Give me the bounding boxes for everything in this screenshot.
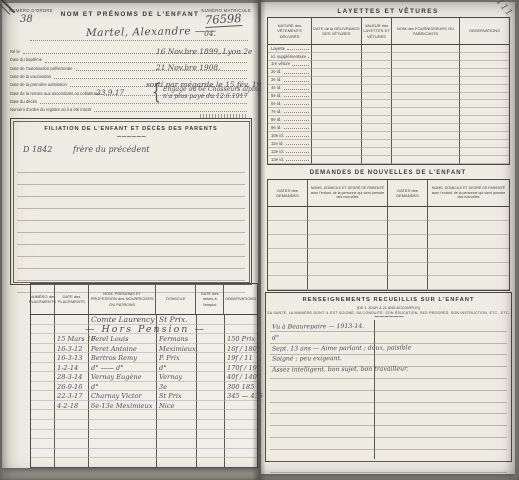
cell-text: 40f / 140 (227, 374, 257, 381)
dotted-leader (286, 159, 309, 161)
layette-row: 4e id. (268, 85, 509, 93)
layette-row: 11e id. (268, 140, 509, 148)
cell-observations (460, 69, 509, 77)
cell-date-emploi (197, 430, 225, 440)
cell-nature: 8e id. (268, 116, 312, 124)
layettes-table: NATURE des VÊTEMENTS DÉLIVRÉS DATE de la… (267, 17, 510, 165)
layettes-body: Layette Id. supplémentaire (268, 45, 509, 164)
cell-date: 16-3-12 (55, 344, 89, 354)
cell-observations (460, 124, 509, 132)
cell-domicile (157, 458, 197, 468)
layettes-header-row: NATURE des VÊTEMENTS DÉLIVRÉS DATE de la… (268, 18, 509, 45)
dotted-leader (284, 72, 309, 74)
cell-text: 16f / 180f (227, 346, 259, 353)
note-line: d° (272, 332, 422, 344)
cell-valeur (362, 69, 392, 77)
placement-row: 28-3-14 Vernay Eugène Vernay 40f / 140 (31, 372, 257, 382)
left-page: NUMÉRO D'ORDRE 38 NOM ET PRÉNOMS DE L'EN… (2, 3, 258, 468)
cell-nature: 7e id. (268, 108, 312, 116)
layette-row: Layette (268, 45, 509, 53)
demandes-body (268, 207, 509, 290)
row-label: 10e id. (268, 134, 284, 139)
cell-nom (392, 77, 460, 85)
cell-date (312, 124, 362, 132)
placement-row: 26-9-16 d° 3e 300 185 (31, 382, 257, 392)
cell-observations (460, 148, 509, 156)
dotted-leader (284, 127, 309, 129)
field-value-handwritten: 16 Nov.bre 1899, Lyon 2e (156, 48, 252, 55)
cell-date (312, 53, 362, 61)
row-label: 5e id. (268, 94, 282, 99)
cell-observations (460, 108, 509, 116)
note-line: Assez intelligent, bon sujet, bon travai… (272, 365, 422, 377)
cell-domicile: d° (157, 363, 197, 373)
layette-row: 2e id. (268, 69, 509, 77)
cell-text: Charnay Victor (91, 393, 142, 400)
cell-nom: Bertros Remy (89, 353, 157, 363)
cell-observations (460, 85, 509, 93)
cell-text: 300 185 (227, 384, 254, 391)
layette-row: 10e id. (268, 132, 509, 140)
cell-valeur (362, 108, 392, 116)
cell-text: Vernay Eugène (91, 374, 142, 381)
cell-text: St Prix. (159, 316, 188, 324)
layette-row: 8e id. (268, 116, 509, 124)
cell-observations (460, 156, 509, 164)
cell-date-emploi (197, 344, 225, 354)
cell-date-emploi (197, 372, 225, 382)
cell-numero (31, 420, 55, 430)
placement-row (31, 430, 257, 440)
cell-valeur (362, 124, 392, 132)
cell-observations: 16f / 180f (225, 344, 257, 354)
cell-nom (392, 45, 460, 53)
cell-domicile: P. Prix (157, 353, 197, 363)
cell-date: 22-3-17 (55, 391, 89, 401)
cell-nature: 3e id. (268, 77, 312, 85)
cell-numero (31, 410, 55, 420)
row-label: 4e id. (268, 86, 282, 91)
cell-nom (392, 132, 460, 140)
layette-row: 9e id. (268, 124, 509, 132)
col-header-dates-1: DATES des DEMANDES (268, 180, 308, 206)
cell-nature: 5e id. (268, 93, 312, 101)
placements-header-row: NUMÉRO des PLACEMENTS DATE des PLACEMENT… (31, 284, 257, 315)
microprint-smudge (200, 114, 246, 118)
placement-row: 4-2-18 6e-13e Meximieux Nice (31, 401, 257, 411)
cell-nom (89, 430, 157, 440)
dotted-leader (286, 151, 309, 153)
cell-observations (460, 61, 509, 69)
field-row: Date de la vaccination (10, 72, 250, 80)
placement-row: 15 Mars 10 Ferel Louis Fermans 150 Prix (31, 334, 257, 344)
layette-row: 13e id. (268, 156, 509, 164)
cell-observations (460, 140, 509, 148)
cell-numero (31, 325, 55, 335)
cell-date (55, 420, 89, 430)
cell-date-emploi (197, 353, 225, 363)
row-label: 9e id. (268, 126, 282, 131)
cell-domicile: St Prix (157, 391, 197, 401)
cell-text: 28-3-14 (57, 374, 82, 381)
cell-nom: d° —— d° (89, 363, 157, 373)
cell-date: 28-3-14 (55, 372, 89, 382)
dotted-leader (40, 102, 247, 104)
cell-observations: 150 Prix (225, 334, 257, 344)
cell-numero (31, 344, 55, 354)
cell-valeur (362, 148, 392, 156)
cell-nature: 1re vêture (268, 61, 312, 69)
placement-row: 16-3-12 Peret Antoine Meximieux 16f / 18… (31, 344, 257, 354)
cell-text: 6e-13e Meximieux (91, 403, 152, 410)
col-header-dates-2: DATES des DEMANDES (388, 180, 428, 206)
cell-date: 15 Mars 10 (55, 334, 89, 344)
cell-nature: 13e id. (268, 156, 312, 164)
cell-observations (460, 45, 509, 53)
cell-text: — Hors Pension — (85, 325, 206, 335)
field-value-handwritten: 23.9.17 (96, 89, 124, 96)
cell-nom (392, 85, 460, 93)
field-row: Date de l'autorisation préfectorale 21 N… (10, 64, 250, 72)
row-label: Layette (268, 47, 285, 52)
filiation-note-handwritten: frère du précédent (73, 145, 150, 154)
name-dotted-line (30, 40, 248, 41)
cell-numero (31, 458, 55, 468)
dotted-leader (94, 110, 247, 112)
cell-text: d° (159, 365, 167, 372)
cell-valeur (362, 77, 392, 85)
demandes-header-row: DATES des DEMANDES NOMS, DOMICILE ET DEG… (268, 180, 509, 207)
col-header-valeur: VALEUR des LAYETTES ET VÊTURES (362, 18, 392, 44)
filiation-reference-handwritten: D 1842 (23, 145, 52, 154)
layette-row: 5e id. (268, 93, 509, 101)
cell-nature: 12e id. (268, 148, 312, 156)
row-label: 6e id. (268, 102, 282, 107)
cell-date (312, 100, 362, 108)
remise-note-line2: n'a plus payé du 12.6.1917 (163, 93, 261, 101)
cell-nature: Layette (268, 45, 312, 53)
cell-date-emploi (197, 439, 225, 449)
demandes-table: DATES des DEMANDES NOMS, DOMICILE ET DEG… (267, 179, 510, 291)
layette-row: 12e id. (268, 148, 509, 156)
row-label: 12e id. (268, 150, 284, 155)
layette-row: Id. supplémentaire (268, 53, 509, 61)
cell-observations (460, 100, 509, 108)
cell-nature: 10e id. (268, 132, 312, 140)
cell-date-emploi (197, 391, 225, 401)
cell-nom (392, 61, 460, 69)
cell-observations (460, 77, 509, 85)
cell-date (55, 410, 89, 420)
cell-domicile: 3e (157, 382, 197, 392)
cell-observations: 345 — 435 (225, 391, 257, 401)
col-header-date-emploi: DATE des mises à l'emploi (196, 284, 224, 314)
layettes-title: LAYETTES ET VÊTURES (261, 8, 515, 15)
field-label: Numéro d'ordre du registre où il a été i… (10, 108, 91, 113)
cell-date: 26-9-16 (55, 382, 89, 392)
cell-nom (392, 148, 460, 156)
cell-nom (392, 124, 460, 132)
placements-body: Comte Laurency St Prix. — Hors Pension — (31, 315, 257, 468)
cell-date (55, 439, 89, 449)
col-header-noms-1: NOMS, DOMICILE ET DEGRÉ DE PARENTÉ avec … (308, 180, 388, 206)
dotted-leader (45, 61, 247, 63)
field-row: Né le 16 Nov.bre 1899, Lyon 2e (10, 47, 250, 55)
cell-text: 16-3-12 (57, 346, 82, 353)
cell-nature: 9e id. (268, 124, 312, 132)
dotted-leader (284, 95, 309, 97)
cell-date (312, 61, 362, 69)
field-value-handwritten: 21 Nov.bre 1908. (156, 64, 220, 71)
cell-date (55, 315, 89, 325)
cell-date (312, 132, 362, 140)
cell-date-emploi (197, 420, 225, 430)
cell-domicile: Vernay (157, 372, 197, 382)
cell-date (55, 458, 89, 468)
cell-text: Bertros Remy (91, 355, 137, 362)
cell-numero (31, 401, 55, 411)
col-header-domicile: DOMICILE (156, 284, 196, 314)
cell-nom (392, 140, 460, 148)
cell-text: 150 Prix (227, 336, 255, 343)
scanned-register-spread: NUMÉRO D'ORDRE 38 NOM ET PRÉNOMS DE L'EN… (0, 0, 519, 480)
cell-date-emploi (197, 334, 225, 344)
cell-text: Meximieux (159, 346, 196, 353)
cell-text: Peret Antoine (91, 346, 137, 353)
cell-text: d° —— d° (91, 365, 123, 372)
cell-text: Vernay (159, 374, 182, 381)
cell-text: 3e (159, 384, 167, 391)
cell-valeur (362, 156, 392, 164)
cell-valeur (362, 85, 392, 93)
cell-text: 345 — 435 (227, 393, 263, 400)
right-page: LAYETTES ET VÊTURES NATURE des VÊTEMENTS… (261, 2, 515, 474)
cell-observations: 40f / 140 (225, 372, 257, 382)
col-header-nature: NATURE des VÊTEMENTS DÉLIVRÉS (268, 18, 312, 44)
placement-row: 1-2-14 d° —— d° d° 170f / 19f (31, 363, 257, 373)
cell-nature: 11e id. (268, 140, 312, 148)
cell-date-emploi (197, 410, 225, 420)
row-label: 7e id. (268, 110, 282, 115)
cell-nom (89, 458, 157, 468)
cell-numero (31, 315, 55, 325)
field-row: Date du baptême (10, 55, 250, 63)
placement-row (31, 439, 257, 449)
cell-date (312, 116, 362, 124)
cell-text: P. Prix (159, 355, 180, 362)
cell-observations: 300 185 (225, 382, 257, 392)
cell-text: St Prix (159, 393, 182, 400)
cell-nom: 6e-13e Meximieux (89, 401, 157, 411)
cell-nom (392, 93, 460, 101)
cell-text: Fermans (159, 336, 188, 343)
cell-valeur (362, 45, 392, 53)
dotted-leader (292, 64, 309, 66)
cell-nom: — Hors Pension — (89, 325, 157, 335)
dotted-leader (286, 143, 309, 145)
cell-text: 19f / 11 (227, 355, 253, 362)
placement-row: 22-3-17 Charnay Victor St Prix 345 — 435 (31, 391, 257, 401)
cell-nom (392, 53, 460, 61)
cell-nom (392, 156, 460, 164)
layette-row: 7e id. (268, 108, 509, 116)
row-label: 8e id. (268, 118, 282, 123)
layette-row: 1re vêture (268, 61, 509, 69)
binding-gutter-shadow (252, 0, 266, 480)
cell-nom: Ferel Louis (89, 334, 157, 344)
cell-date-emploi (197, 401, 225, 411)
cell-domicile (157, 449, 197, 459)
cell-nature: Id. supplémentaire (268, 53, 312, 61)
cell-nom (89, 420, 157, 430)
cell-numero (31, 372, 55, 382)
cell-date (312, 93, 362, 101)
placement-row (31, 449, 257, 459)
cell-date: 4-2-18 (55, 401, 89, 411)
dotted-leader (287, 48, 309, 50)
cell-domicile (157, 420, 197, 430)
dotted-leader (284, 111, 309, 113)
cell-date (55, 325, 89, 335)
placement-row: — Hors Pension — (31, 325, 257, 335)
dotted-leader (284, 119, 309, 121)
cell-text: d° (91, 384, 99, 391)
cell-domicile: Nice (157, 401, 197, 411)
cell-nom (89, 410, 157, 420)
placement-row (31, 420, 257, 430)
cell-date (312, 148, 362, 156)
filiation-box: FILIATION DE L'ENFANT ET DÉCÈS DES PAREN… (10, 118, 252, 285)
cell-date (312, 77, 362, 85)
cell-text: 22-3-17 (57, 393, 82, 400)
cell-nom: Charnay Victor (89, 391, 157, 401)
row-label: 11e id. (268, 142, 284, 147)
dotted-leader (308, 56, 309, 58)
cell-date-emploi (197, 449, 225, 459)
cell-date (312, 69, 362, 77)
title-squiggle: ~~~~~~ (266, 316, 511, 319)
cell-text: Comte Laurency (91, 316, 155, 324)
col-header-observations: OBSERVATIONS (460, 18, 509, 44)
layette-row: 3e id. (268, 77, 509, 85)
cell-valeur (362, 93, 392, 101)
cell-domicile (157, 430, 197, 440)
cell-nature: 2e id. (268, 69, 312, 77)
cell-text: 15 Mars 10 (57, 336, 95, 343)
cell-date-emploi (197, 382, 225, 392)
cell-date (312, 140, 362, 148)
cell-numero (31, 353, 55, 363)
cell-numero (31, 334, 55, 344)
cell-date-emploi (197, 363, 225, 373)
dotted-leader (284, 103, 309, 105)
cell-nom: Peret Antoine (89, 344, 157, 354)
row-label: Id. supplémentaire (268, 55, 306, 60)
col-header-date-delivrance: DATE de la DÉLIVRANCE DES VÊTURES (312, 18, 362, 44)
cell-nom (392, 108, 460, 116)
cell-nature: 6e id. (268, 100, 312, 108)
cell-valeur (362, 61, 392, 69)
cell-observations (460, 93, 509, 101)
row-label: 1re vêture (268, 62, 290, 67)
remise-note-line1: Engagé au 6e Chasseurs alpins (163, 86, 261, 94)
cell-nom (89, 449, 157, 459)
brace-glyph: { (152, 81, 161, 105)
cell-numero (31, 382, 55, 392)
cell-valeur (362, 116, 392, 124)
cell-domicile: Fermans (157, 334, 197, 344)
cell-domicile (157, 410, 197, 420)
col-header-numero: NUMÉRO des PLACEMENTS (31, 284, 55, 314)
cell-date (312, 108, 362, 116)
cell-nom (392, 116, 460, 124)
cell-text: 26-9-16 (57, 384, 82, 391)
placement-row (31, 458, 257, 468)
layette-row: 6e id. (268, 100, 509, 108)
cell-text: 16-3-13 (57, 355, 82, 362)
cell-nom (392, 69, 460, 77)
cell-numero (31, 430, 55, 440)
cell-nature: 4e id. (268, 85, 312, 93)
cell-numero (31, 439, 55, 449)
ruled-lines (17, 161, 245, 293)
cell-numero (31, 449, 55, 459)
row-label: 3e id. (268, 78, 282, 83)
remise-annotation: { Engagé au 6e Chasseurs alpins n'a plus… (152, 85, 261, 101)
cell-text: 4-2-18 (57, 403, 78, 410)
cell-observations (460, 53, 509, 61)
cell-text: 170f / 19f (227, 365, 259, 372)
title-squiggle: ~~~~~~ (11, 136, 251, 139)
row-label: 2e id. (268, 70, 282, 75)
cell-nom (392, 100, 460, 108)
civil-status-fields: Né le 16 Nov.bre 1899, Lyon 2e Date du b… (10, 47, 250, 113)
cell-nom (89, 439, 157, 449)
demandes-title: DEMANDES DE NOUVELLES DE L'ENFANT (261, 170, 515, 176)
filiation-title: FILIATION DE L'ENFANT ET DÉCÈS DES PAREN… (11, 126, 251, 132)
cell-numero (31, 363, 55, 373)
cell-domicile (157, 439, 197, 449)
row-label: 13e id. (268, 158, 284, 163)
cell-valeur (362, 132, 392, 140)
col-header-noms-2: NOMS, DOMICILE ET DEGRÉ DE PARENTÉ avec … (428, 180, 509, 206)
cell-text: Ferel Louis (91, 336, 128, 343)
cell-date (312, 85, 362, 93)
cell-observations (460, 132, 509, 140)
cell-numero (31, 391, 55, 401)
placement-row: 16-3-13 Bertros Remy P. Prix 19f / 11 (31, 353, 257, 363)
cell-text: Nice (159, 403, 174, 410)
col-header-nom: NOM, PRÉNOMS ET PROFESSION des NOURRICIE… (89, 284, 157, 314)
cell-nom: d° (89, 382, 157, 392)
cell-observations: 19f / 11 (225, 353, 257, 363)
dotted-leader (284, 88, 309, 90)
renseignements-title: RENSEIGNEMENTS RECUEILLIS SUR L'ENFANT (266, 297, 511, 303)
cell-date-emploi (197, 458, 225, 468)
placement-row (31, 410, 257, 420)
cell-observations: 170f / 19f (225, 363, 257, 373)
col-header-date: DATE des PLACEMENTS (55, 284, 89, 314)
renseignements-subtitle1: (DE 1 JOUR À 21 ANS ACCOMPLIS) (266, 306, 511, 310)
cell-domicile: Meximieux (157, 344, 197, 354)
field-row: Numéro d'ordre du registre où il a été i… (10, 105, 250, 113)
renseignements-notes-handwritten: Vu à Beaurepaire — 1913-14.d°Sept. 13 an… (272, 322, 422, 376)
cell-nom: Vernay Eugène (89, 372, 157, 382)
placements-table: NUMÉRO des PLACEMENTS DATE des PLACEMENT… (30, 283, 258, 468)
cell-date: 16-3-13 (55, 353, 89, 363)
dotted-leader (284, 80, 309, 82)
cell-valeur (362, 53, 392, 61)
